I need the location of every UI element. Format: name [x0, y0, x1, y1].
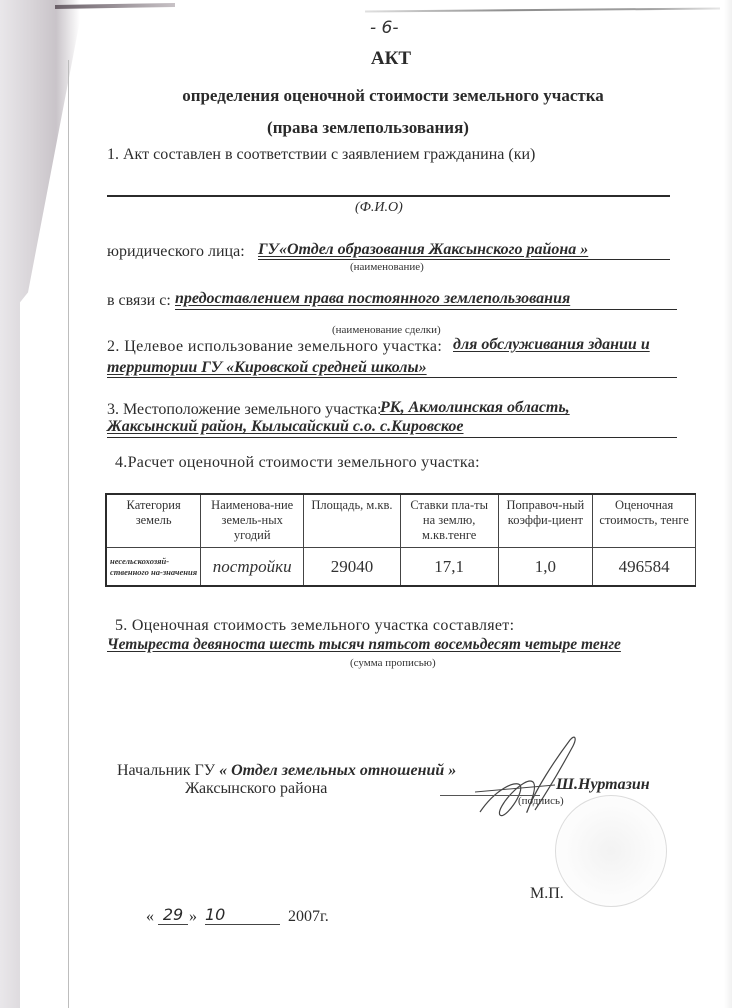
- table-row: несельскохозяй-ственного на-значения пос…: [106, 548, 696, 587]
- scan-shadow-top: [55, 3, 175, 9]
- col-header-area: Площадь, м.кв.: [304, 494, 401, 548]
- cell-coefficient: 1,0: [498, 548, 593, 587]
- date-month: 10: [205, 905, 280, 925]
- org-name: « Отдел земельных отношений »: [219, 762, 456, 779]
- citizen-name-line: [107, 195, 670, 197]
- signature-caption: (подпись): [518, 795, 564, 807]
- scan-edge-top: [365, 7, 720, 12]
- section5-label: 5. Оценочная стоимость земельного участк…: [115, 617, 514, 635]
- signatory-position: Начальник ГУ « Отдел земельных отношений…: [117, 762, 456, 780]
- target-use-value-line2: территории ГУ «Кировской средней школы»: [107, 359, 427, 377]
- seal-label: М.П.: [530, 885, 564, 903]
- page-number: - 6-: [370, 18, 399, 38]
- location-value-line2: Жаксынский район, Кылысайский с.о. с.Кир…: [107, 418, 464, 436]
- cell-value: 496584: [593, 548, 696, 587]
- date-year: 2007г.: [288, 908, 329, 926]
- col-header-land-type: Наименова-ние земель-ных угодий: [201, 494, 304, 548]
- date-close-quote: »: [189, 908, 197, 926]
- valuation-table: Категория земель Наименова-ние земель-ны…: [105, 493, 696, 587]
- section3-label: 3. Местоположение земельного участка:: [107, 401, 381, 419]
- section1-label: 1. Акт составлен в соответствии с заявле…: [107, 146, 535, 164]
- section4-label: 4.Расчет оценочной стоимости земельного …: [115, 454, 480, 472]
- scan-shadow-right: [724, 0, 732, 1008]
- reason-label: в связи с:: [107, 292, 171, 310]
- date-open-quote: «: [146, 908, 154, 926]
- cell-category: несельскохозяй-ственного на-значения: [106, 548, 201, 587]
- target-use-value-line1: для обслуживания здании и: [453, 336, 650, 354]
- legal-entity-line: [258, 259, 670, 260]
- col-header-category: Категория земель: [106, 494, 201, 548]
- scan-edge-line: [68, 60, 69, 1008]
- position-prefix: Начальник ГУ: [117, 762, 215, 779]
- value-in-words: Четыреста девяноста шесть тысяч пятьсот …: [107, 636, 621, 654]
- legal-entity-value: ГУ«Отдел образования Жаксынского района …: [258, 241, 588, 259]
- col-header-value: Оценочная стоимость, тенге: [593, 494, 696, 548]
- section2-label: 2. Целевое использование земельного учас…: [107, 338, 442, 356]
- reason-value: предоставлением права постоянного землеп…: [175, 290, 570, 308]
- citizen-name-caption: (Ф.И.О): [355, 200, 403, 216]
- reason-caption: (наименование сделки): [332, 324, 441, 336]
- location-value-line1: РК, Акмолинская область,: [380, 399, 570, 417]
- reason-line: [175, 309, 677, 310]
- cell-area: 29040: [304, 548, 401, 587]
- col-header-coefficient: Поправоч-ный коэффи-циент: [498, 494, 593, 548]
- col-header-rate: Ставки пла-ты на землю, м.кв.тенге: [400, 494, 498, 548]
- legal-entity-label: юридического лица:: [107, 243, 245, 261]
- value-in-words-caption: (сумма прописью): [350, 657, 436, 669]
- target-use-line: [107, 377, 677, 378]
- cell-land-type: постройки: [201, 548, 304, 587]
- document-subtitle: определения оценочной стоимости земельно…: [0, 86, 732, 106]
- location-line: [107, 437, 677, 438]
- document-title: АКТ: [0, 48, 732, 70]
- document-subtitle-rights: (права землепользования): [0, 118, 732, 138]
- district-name: Жаксынского района: [185, 780, 327, 798]
- table-header-row: Категория земель Наименова-ние земель-ны…: [106, 494, 696, 548]
- signer-name: Ш.Нуртазин: [556, 776, 650, 794]
- cell-rate: 17,1: [400, 548, 498, 587]
- date-day: 29: [158, 905, 188, 925]
- legal-entity-caption: (наименование): [350, 261, 424, 273]
